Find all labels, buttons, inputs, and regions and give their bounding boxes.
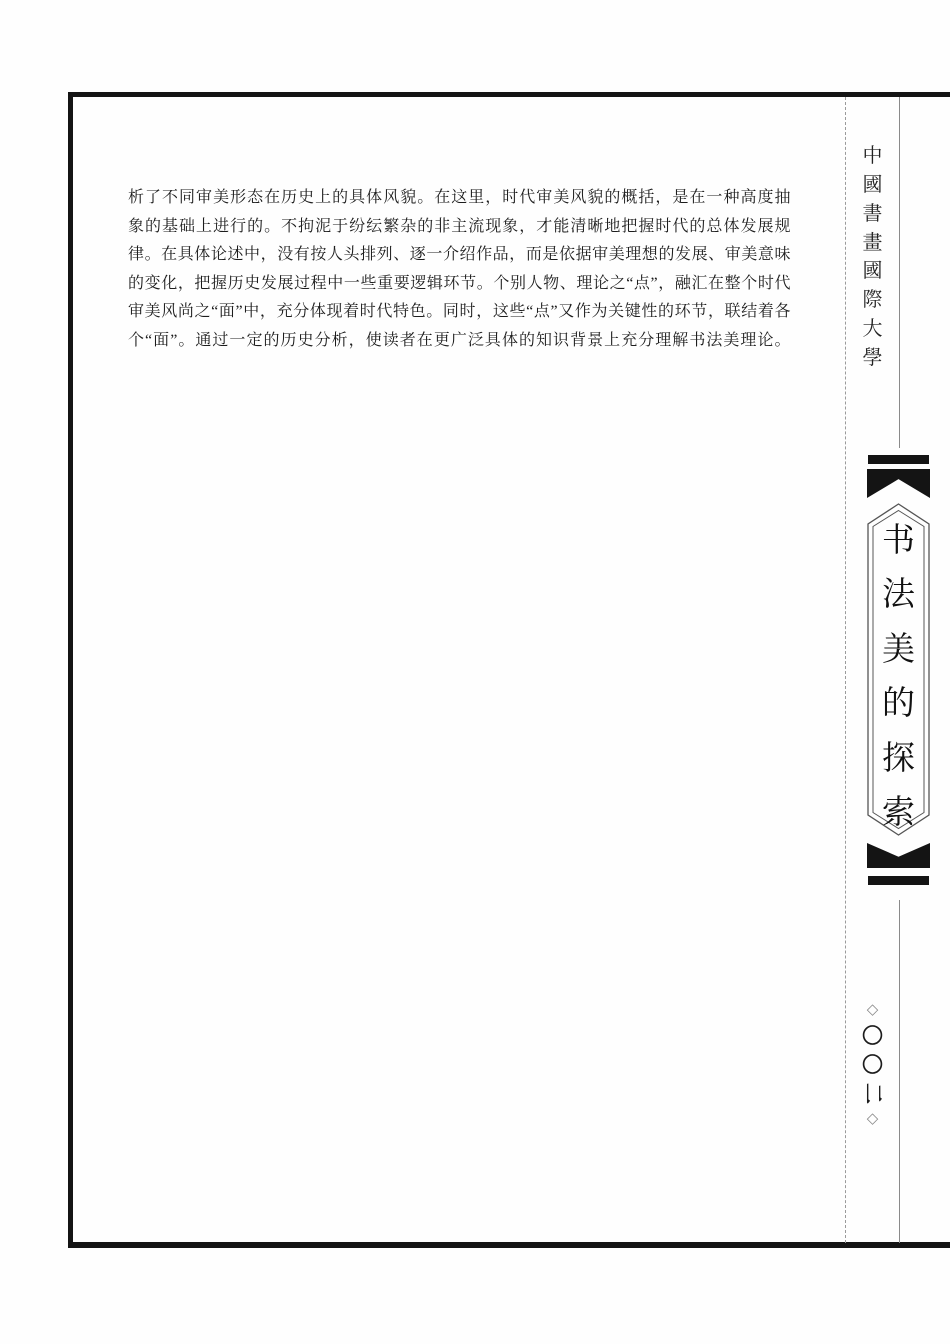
page-number-digit: 〇 bbox=[862, 1055, 883, 1076]
cartouche-bottom-ribbon bbox=[867, 843, 930, 868]
scanned-book-page: 析了不同审美形态在历史上的具体风貌。在这里，时代审美风貌的概括，是在一种高度抽 … bbox=[0, 0, 950, 1344]
page-number-digit: 〇 bbox=[862, 1026, 883, 1047]
cartouche-bottom-bar bbox=[868, 876, 929, 885]
body-text-line: 审美风尚之“面”中，充分体现着时代特色。同时，这些“点”又作为关键性的环节，联结… bbox=[128, 298, 791, 327]
sidebar-rule-right-lower bbox=[899, 900, 900, 1243]
page-number-digit: 二 bbox=[862, 1083, 883, 1104]
title-cartouche: 书法美的探索 bbox=[867, 455, 930, 885]
body-text-line: 个“面”。通过一定的历史分析，使读者在更广泛具体的知识背景上充分理解书法美理论。 bbox=[128, 327, 791, 356]
body-paragraph: 析了不同审美形态在历史上的具体风貌。在这里，时代审美风貌的概括，是在一种高度抽 … bbox=[128, 184, 791, 356]
sidebar-rule-right-upper bbox=[899, 97, 900, 448]
diamond-ornament: ◇ bbox=[867, 1003, 879, 1018]
diamond-ornament: ◇ bbox=[867, 1112, 879, 1127]
body-text-line: 律。在具体论述中，没有按人头排列、逐一介绍作品，而是依据审美理想的发展、审美意味 bbox=[128, 241, 791, 270]
folio-page-number: ◇ 〇 〇 二 ◇ bbox=[846, 1003, 899, 1127]
body-text-line: 的变化，把握历史发展过程中一些重要逻辑环节。个别人物、理论之“点”，融汇在整个时… bbox=[128, 270, 791, 299]
body-text-line: 象的基础上进行的。不拘泥于纷纭繁杂的非主流现象，才能清晰地把握时代的总体发展规 bbox=[128, 213, 791, 242]
cartouche-top-ribbon bbox=[867, 469, 930, 498]
body-text-line: 析了不同审美形态在历史上的具体风貌。在这里，时代审美风貌的概括，是在一种高度抽 bbox=[128, 184, 791, 213]
cartouche-top-bar bbox=[868, 455, 929, 464]
book-title-vertical-text: 书法美的探索 bbox=[867, 525, 930, 830]
institution-vertical-text: 中國書畫國際大學 bbox=[846, 146, 899, 368]
